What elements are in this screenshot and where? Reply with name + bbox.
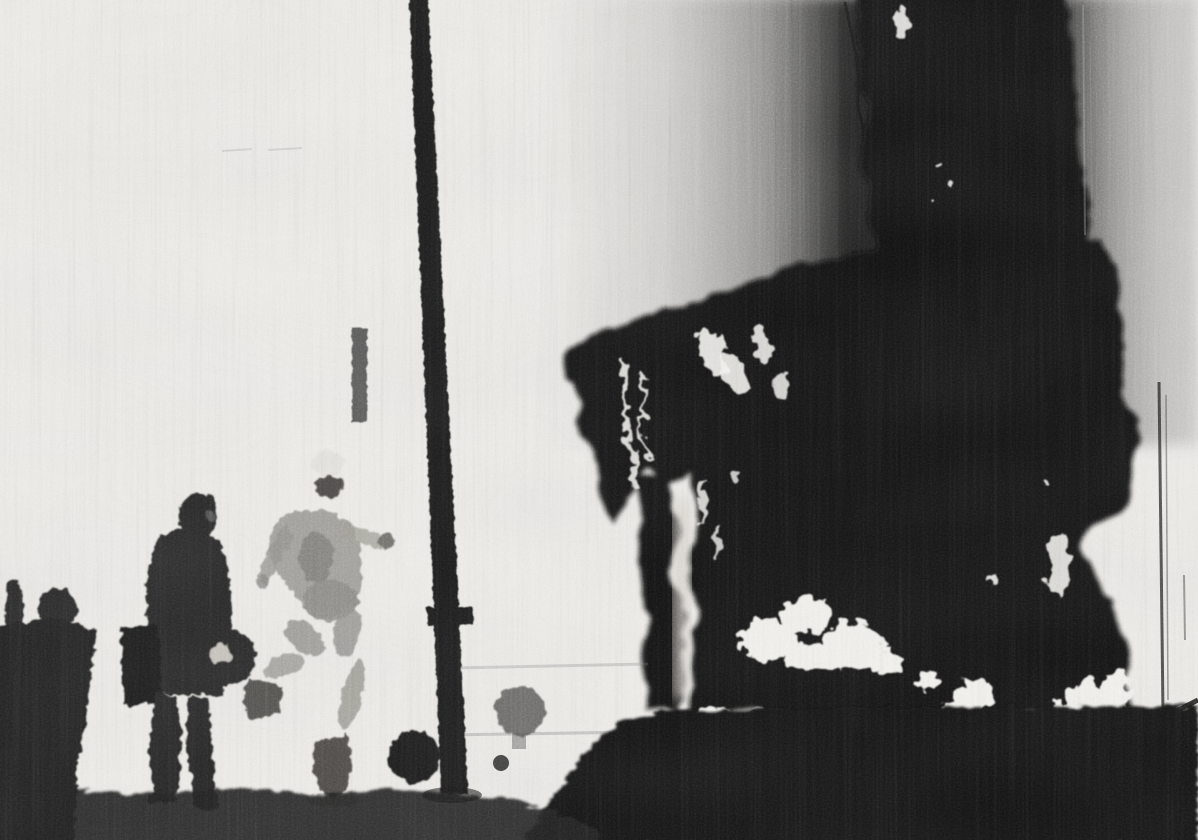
photo — [0, 0, 1198, 840]
film-grain-soft — [0, 0, 1198, 840]
photo-canvas — [0, 0, 1198, 840]
